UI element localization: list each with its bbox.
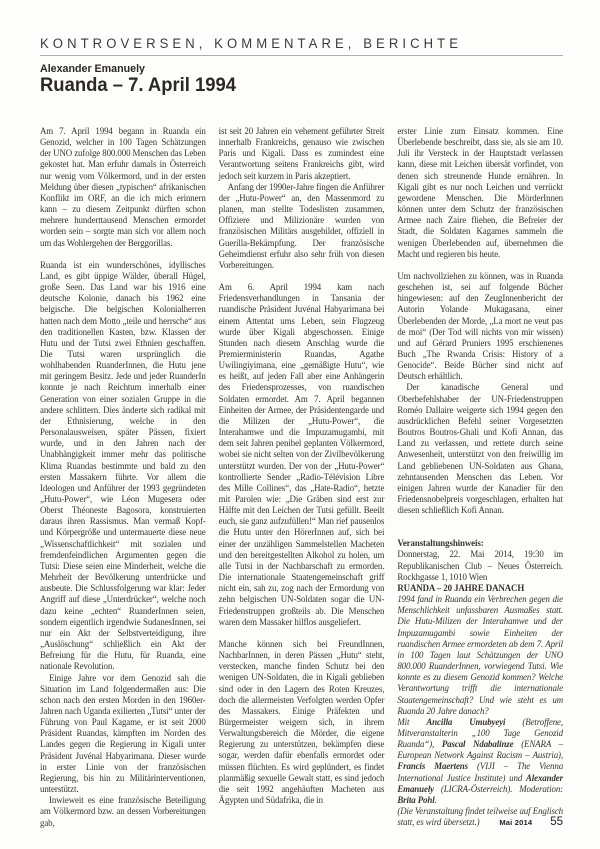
section-header: KONTROVERSEN, KOMMENTARE, BERICHTE	[40, 36, 462, 51]
text-run: Mit	[397, 717, 426, 727]
paragraph: RUANDA – 20 JAHRE DANACH	[397, 583, 563, 594]
paragraph: Anfang der 1990er-Jahre fingen die Anfüh…	[219, 182, 385, 271]
text-run: Um nachvollziehen zu können, was in Ruan…	[397, 271, 563, 381]
text-run: ist seit 20 Jahren ein vehement geführte…	[219, 126, 385, 181]
text-run: Francis Maertens	[397, 761, 477, 771]
text-run: Pascal Ndabalinze	[442, 739, 521, 749]
text-run: Einige Jahre vor dem Genozid sah die Sit…	[40, 673, 206, 795]
paragraph: Einige Jahre vor dem Genozid sah die Sit…	[40, 673, 206, 796]
text-run: Ruanda ist ein wunderschönes, idyllische…	[40, 260, 206, 672]
text-run: Anfang der 1990er-Jahre fingen die Anfüh…	[219, 182, 385, 270]
header-rule	[40, 55, 563, 56]
paragraph: 1994 fand in Ruanda ein Verbrechen gegen…	[397, 594, 563, 717]
text-run: Der kanadische General und Oberbefehlsha…	[397, 382, 563, 515]
paragraph: Mit Ancilla Umubyeyi (Betroffene, Mitver…	[397, 717, 563, 806]
article-author: Alexander Emanuely	[40, 63, 145, 75]
text-run: erster Linie zum Einsatz kommen. Eine Üb…	[397, 126, 563, 259]
column-3: erster Linie zum Einsatz kommen. Eine Üb…	[397, 126, 563, 829]
text-run: (LICRA-Österreich). Moderation:	[441, 784, 563, 794]
text-run: Manche können sich bei FreundInnen, Nach…	[219, 639, 385, 805]
paragraph: ist seit 20 Jahren ein vehement geführte…	[219, 126, 385, 182]
article-body: Am 7. April 1994 begann in Ruanda ein Ge…	[40, 126, 563, 829]
text-run: Donnerstag, 22. Mai 2014, 19:30 im Repub…	[397, 549, 563, 581]
paragraph: Manche können sich bei FreundInnen, Nach…	[219, 639, 385, 806]
paragraph: Der kanadische General und Oberbefehlsha…	[397, 382, 563, 516]
page-number: 55	[550, 816, 563, 828]
page-footer: Mai 2014 55	[499, 816, 563, 828]
paragraph: Um nachvollziehen zu können, was in Ruan…	[397, 271, 563, 383]
text-run: Am 7. April 1994 begann in Ruanda ein Ge…	[40, 126, 206, 248]
text-run: Ancilla Umubyeyi	[426, 717, 522, 727]
magazine-page: KONTROVERSEN, KOMMENTARE, BERICHTE Alexa…	[0, 0, 600, 849]
paragraph: Donnerstag, 22. Mai 2014, 19:30 im Repub…	[397, 549, 563, 582]
text-run: Veranstaltungshinweis:	[397, 538, 483, 548]
article-title: Ruanda – 7. April 1994	[40, 75, 236, 97]
paragraph: erster Linie zum Einsatz kommen. Eine Üb…	[397, 126, 563, 260]
paragraph: Am 7. April 1994 begann in Ruanda ein Ge…	[40, 126, 206, 249]
issue-date: Mai 2014	[499, 818, 532, 827]
text-run: Inwieweit es eine französische Beteiligu…	[40, 795, 206, 827]
text-run: 1994 fand in Ruanda ein Verbrechen gegen…	[397, 594, 563, 716]
text-run: Brita Pohl	[397, 795, 434, 805]
column-1: Am 7. April 1994 begann in Ruanda ein Ge…	[40, 126, 206, 829]
text-run: Am 6. April 1994 kam nach Friedensverhan…	[219, 282, 385, 627]
paragraph: Veranstaltungshinweis:	[397, 538, 563, 549]
column-2: ist seit 20 Jahren ein vehement geführte…	[219, 126, 385, 829]
text-run: RUANDA – 20 JAHRE DANACH	[397, 583, 524, 593]
paragraph: Ruanda ist ein wunderschönes, idyllische…	[40, 260, 206, 673]
text-run: .	[435, 795, 437, 805]
paragraph: Inwieweit es eine französische Beteiligu…	[40, 795, 206, 828]
paragraph: Am 6. April 1994 kam nach Friedensverhan…	[219, 282, 385, 628]
